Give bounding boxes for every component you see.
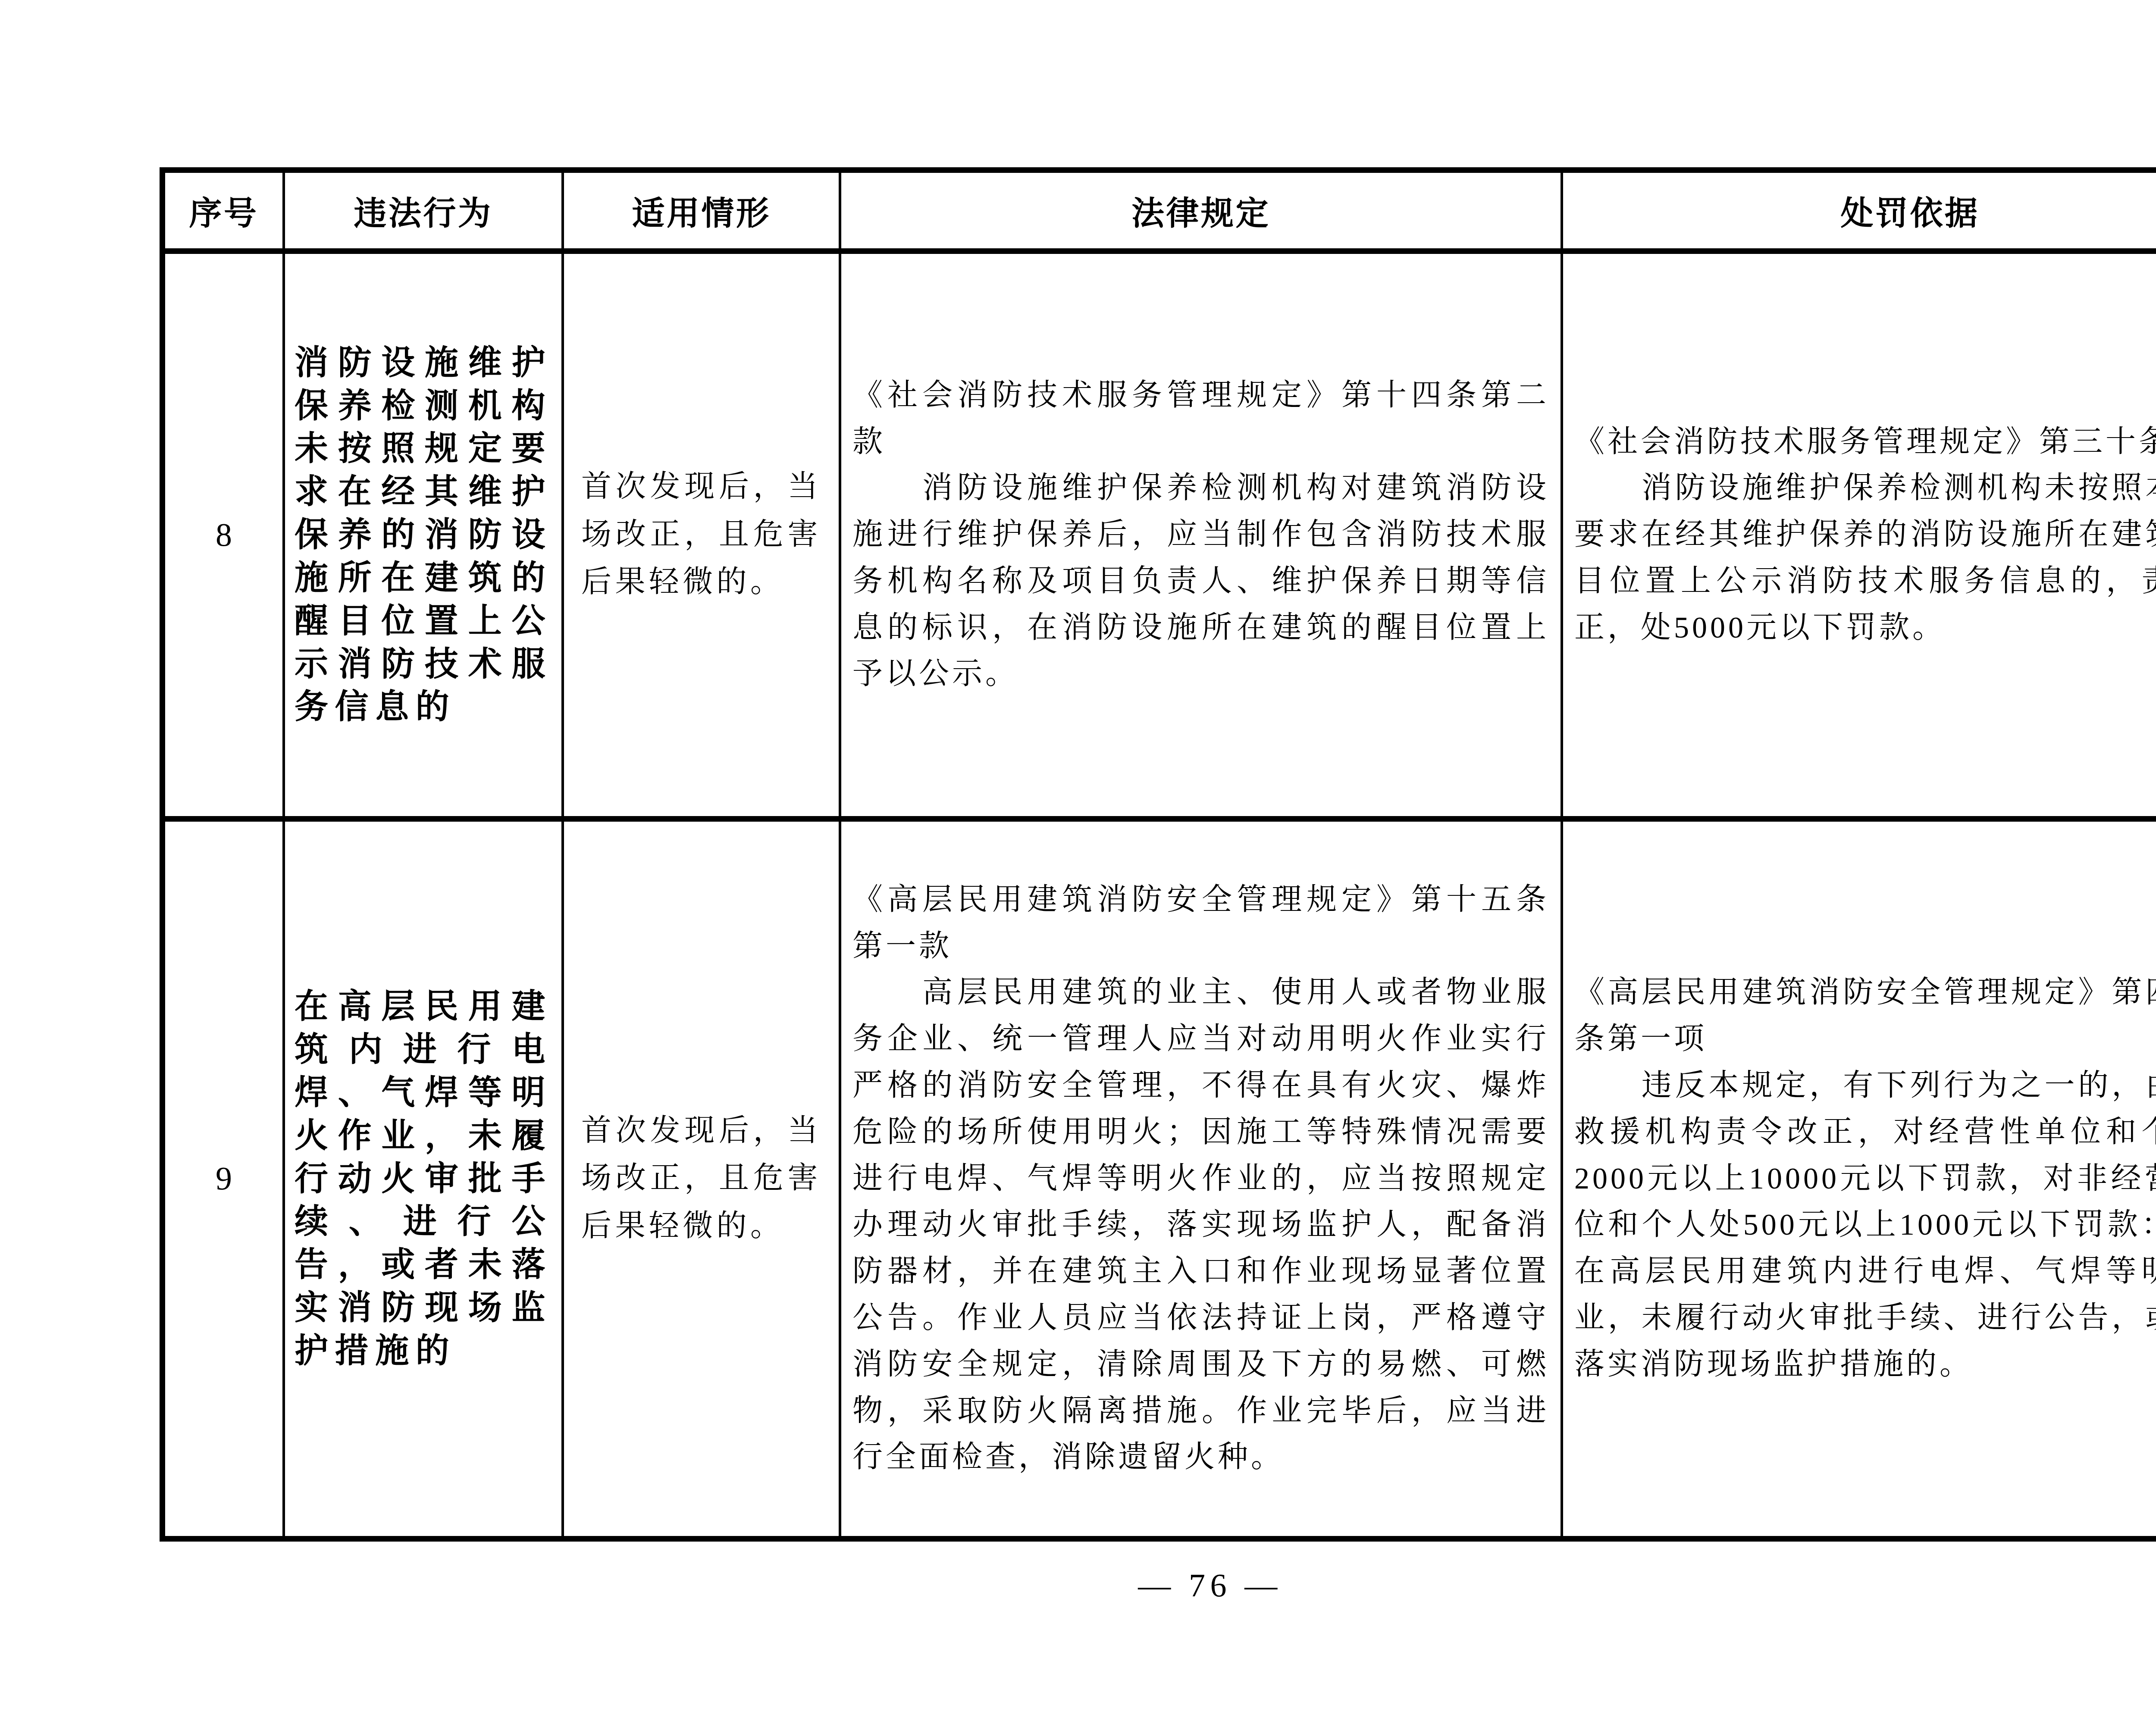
row8-seq-number: 8	[216, 516, 232, 554]
row8-legal-paragraph-2: 消防设施维护保养检测机构对建筑消防设施进行维护保养后，应当制作包含消防技术服务机…	[852, 465, 1549, 698]
col-header-circumstance: 适用情形	[564, 173, 841, 254]
row9-circumstance-text: 首次发现后，当场改正，且危害后果轻微的。	[581, 1107, 821, 1251]
row9-violation-text: 在高层民用建筑内进行电焊、气焊等明火作业，未履行动火审批手续、进行公告，或者未落…	[295, 985, 552, 1372]
row8-penalty-paragraph-2: 消防设施维护保养检测机构未按照本规定要求在经其维护保养的消防设施所在建筑的醒目位…	[1574, 465, 2156, 651]
row8-penalty-basis-cell: 《社会消防技术服务管理规定》第三十条 消防设施维护保养检测机构未按照本规定要求在…	[1563, 254, 2156, 822]
col-header-violation: 违法行为	[285, 173, 564, 254]
document-page: 序号 违法行为 适用情形 法律规定 处罚依据 8 消防设施维护保养检测机构未按照…	[0, 0, 2156, 1711]
row9-seq-number: 9	[216, 1160, 232, 1198]
col-header-violation-label: 违法行为	[354, 187, 492, 234]
col-header-seq-label: 序号	[189, 187, 258, 234]
penalty-regulation-table: 序号 违法行为 适用情形 法律规定 处罚依据 8 消防设施维护保养检测机构未按照…	[160, 167, 2156, 1542]
page-number: — 76 —	[0, 1567, 2156, 1605]
row8-seq-cell: 8	[165, 254, 285, 822]
row9-seq-cell: 9	[165, 822, 285, 1536]
col-header-penalty-basis-label: 处罚依据	[1840, 187, 1979, 234]
row9-legal-paragraph-2: 高层民用建筑的业主、使用人或者物业服务企业、统一管理人应当对动用明火作业实行严格…	[852, 970, 1549, 1481]
row8-circumstance-text: 首次发现后，当场改正，且危害后果轻微的。	[581, 463, 821, 607]
row8-legal-paragraph-1: 《社会消防技术服务管理规定》第十四条第二款	[852, 372, 1549, 466]
col-header-legal-provision: 法律规定	[841, 173, 1563, 254]
col-header-seq: 序号	[165, 173, 285, 254]
row8-legal-provision-cell: 《社会消防技术服务管理规定》第十四条第二款 消防设施维护保养检测机构对建筑消防设…	[841, 254, 1563, 822]
row9-legal-provision-cell: 《高层民用建筑消防安全管理规定》第十五条第一款 高层民用建筑的业主、使用人或者物…	[841, 822, 1563, 1536]
col-header-circumstance-label: 适用情形	[632, 187, 771, 234]
row8-violation-cell: 消防设施维护保养检测机构未按照规定要求在经其维护保养的消防设施所在建筑的醒目位置…	[285, 254, 564, 822]
row8-circumstance-cell: 首次发现后，当场改正，且危害后果轻微的。	[564, 254, 841, 822]
row8-violation-text: 消防设施维护保养检测机构未按照规定要求在经其维护保养的消防设施所在建筑的醒目位置…	[295, 341, 552, 729]
col-header-legal-provision-label: 法律规定	[1131, 187, 1270, 234]
col-header-penalty-basis: 处罚依据	[1563, 173, 2156, 254]
row9-legal-paragraph-1: 《高层民用建筑消防安全管理规定》第十五条第一款	[852, 877, 1549, 970]
row9-penalty-basis-cell: 《高层民用建筑消防安全管理规定》第四十七条第一项 违反本规定，有下列行为之一的，…	[1563, 822, 2156, 1536]
row9-penalty-paragraph-1: 《高层民用建筑消防安全管理规定》第四十七条第一项	[1574, 970, 2156, 1063]
row9-violation-cell: 在高层民用建筑内进行电焊、气焊等明火作业，未履行动火审批手续、进行公告，或者未落…	[285, 822, 564, 1536]
row9-circumstance-cell: 首次发现后，当场改正，且危害后果轻微的。	[564, 822, 841, 1536]
row8-penalty-paragraph-1: 《社会消防技术服务管理规定》第三十条	[1574, 419, 2156, 466]
row9-penalty-paragraph-2: 违反本规定，有下列行为之一的，由消防救援机构责令改正，对经营性单位和个人处200…	[1574, 1063, 2156, 1388]
